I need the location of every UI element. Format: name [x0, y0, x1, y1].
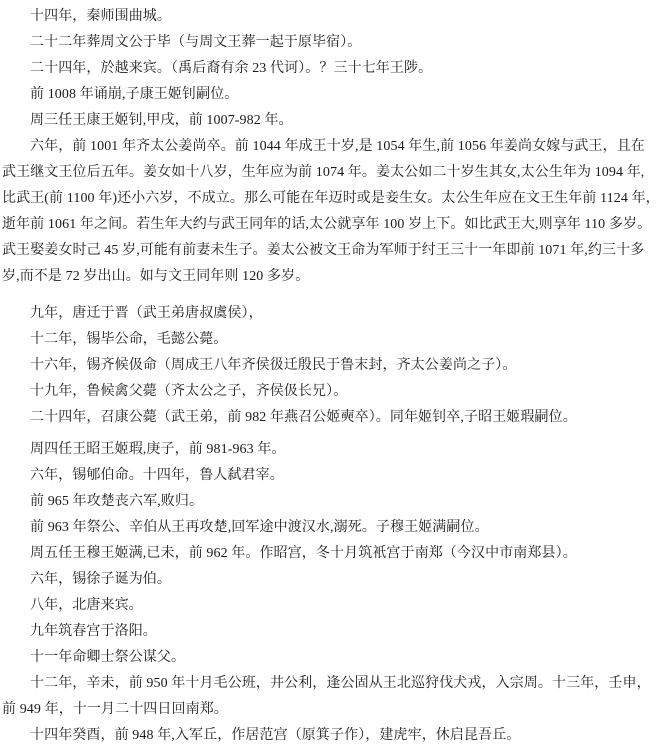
- paragraph: 六年，锡徐子诞为伯。: [2, 567, 642, 593]
- text-line: 二十四年，於越来宾。（禹后裔有余 23 代诃）。？三十七年王陟。: [2, 56, 642, 82]
- text-line: 十二年，锡毕公命，毛懿公薨。: [2, 327, 642, 353]
- text-line: 武王娶姜女时己 45 岁,可能有前妻未生子。姜太公被文王命为军师于纣王三十一年即…: [2, 238, 642, 264]
- text-line: 周四任王昭王姬瑕,庚子，前 981-963 年。: [2, 437, 642, 463]
- text-line: 六年，锡徐子诞为伯。: [2, 567, 642, 593]
- text-line: 二十二年葬周文公于毕（与周文王葬一起于原毕宿）。: [2, 30, 642, 56]
- text-line: 前 965 年攻楚丧六军,败归。: [2, 489, 642, 515]
- paragraph: 六年，前 1001 年齐太公姜尚卒。前 1044 年成王十岁,是 1054 年生…: [2, 134, 642, 290]
- text-line: 十二年，辛未，前 950 年十月毛公班，井公利，逢公固从王北巡狩伐犬戎，入宗周。…: [2, 671, 642, 697]
- text-line: 十一年命卿士祭公谋父。: [2, 645, 642, 671]
- text-line: 二十四年，召康公薨（武王弟，前 982 年燕召公姬奭卒）。同年姬钊卒,子昭王姬瑕…: [2, 405, 642, 431]
- text-line: 周五任王穆王姬满,已未，前 962 年。作昭宫，冬十月筑衹宫于南郑（今汉中市南郑…: [2, 541, 642, 567]
- text-line: 九年，唐迁于晋（武王弟唐叔虞侯），: [2, 301, 642, 327]
- paragraph: 九年筑春宫于洛阳。: [2, 619, 642, 645]
- text-line: 前 963 年祭公、辛伯从王再攻楚,回军途中渡汉水,溺死。子穆王姬满嗣位。: [2, 515, 642, 541]
- text-line: 九年筑春宫于洛阳。: [2, 619, 642, 645]
- text-line: 武王继文王位后五年。姜女如十八岁，生年应为前 1074 年。姜太公如二十岁生其女…: [2, 160, 642, 186]
- paragraph: 十四年癸酉，前 948 年,入军丘，作居范宫（原箕子作），建虎牢，休启昆吾丘。: [2, 723, 642, 746]
- text-line: 六年，锡郇伯命。十四年，鲁人弑君宰。: [2, 463, 642, 489]
- paragraph: 周五任王穆王姬满,已未，前 962 年。作昭宫，冬十月筑衹宫于南郑（今汉中市南郑…: [2, 541, 642, 567]
- text-line: 十四年癸酉，前 948 年,入军丘，作居范宫（原箕子作），建虎牢，休启昆吾丘。: [2, 723, 642, 746]
- paragraph: 十六年，锡齐候伋命（周成王八年齐侯彶迁殷民于鲁末封，齐太公姜尚之子）。: [2, 353, 642, 379]
- text-line: 逝年前 1061 年之间。若生年大约与武王同年的话,太公就享年 100 岁上下。…: [2, 212, 642, 238]
- paragraph: 二十二年葬周文公于毕（与周文王葬一起于原毕宿）。: [2, 30, 642, 56]
- paragraph: 前 965 年攻楚丧六军,败归。: [2, 489, 642, 515]
- paragraph: 十二年，锡毕公命，毛懿公薨。: [2, 327, 642, 353]
- paragraph: 十二年，辛未，前 950 年十月毛公班，井公利，逢公固从王北巡狩伐犬戎，入宗周。…: [2, 671, 642, 723]
- paragraph: 二十四年，於越来宾。（禹后裔有余 23 代诃）。？三十七年王陟。: [2, 56, 642, 82]
- text-line: 十六年，锡齐候伋命（周成王八年齐侯彶迁殷民于鲁末封，齐太公姜尚之子）。: [2, 353, 642, 379]
- paragraph: 十九年，鲁候禽父薨（齐太公之子，齐侯伋长兄）。: [2, 379, 642, 405]
- paragraph: 十一年命卿士祭公谋父。: [2, 645, 642, 671]
- paragraph: 二十四年，召康公薨（武王弟，前 982 年燕召公姬奭卒）。同年姬钊卒,子昭王姬瑕…: [2, 405, 642, 431]
- text-line: 前 1008 年诵崩,子康王姬钊嗣位。: [2, 82, 642, 108]
- text-line: 比武王(前 1100 年)还小六岁，不成立。那么可能在年迈时或是妾生女。太公生年…: [2, 186, 642, 212]
- text-line: 十九年，鲁候禽父薨（齐太公之子，齐侯伋长兄）。: [2, 379, 642, 405]
- text-line: 周三任王康王姬钊,甲戌，前 1007-982 年。: [2, 108, 642, 134]
- paragraph: 前 1008 年诵崩,子康王姬钊嗣位。: [2, 82, 642, 108]
- text-line: 前 949 年，十一月二十四日回南郑。: [2, 697, 642, 723]
- paragraph: 周四任王昭王姬瑕,庚子，前 981-963 年。: [2, 437, 642, 463]
- text-line: 八年，北唐来宾。: [2, 593, 642, 619]
- text-line: 十四年，秦师围曲城。: [2, 4, 642, 30]
- paragraph: 九年，唐迁于晋（武王弟唐叔虞侯），: [2, 301, 642, 327]
- paragraph: 周三任王康王姬钊,甲戌，前 1007-982 年。: [2, 108, 642, 134]
- document-page: 十四年，秦师围曲城。 二十二年葬周文公于毕（与周文王葬一起于原毕宿）。 二十四年…: [0, 0, 660, 746]
- paragraph: 六年，锡郇伯命。十四年，鲁人弑君宰。: [2, 463, 642, 489]
- paragraph: 八年，北唐来宾。: [2, 593, 642, 619]
- text-line: 六年，前 1001 年齐太公姜尚卒。前 1044 年成王十岁,是 1054 年生…: [2, 134, 642, 160]
- text-line: 岁,而不是 72 岁出山。如与文王同年则 120 多岁。: [2, 264, 642, 290]
- paragraph: 十四年，秦师围曲城。: [2, 4, 642, 30]
- paragraph: 前 963 年祭公、辛伯从王再攻楚,回军途中渡汉水,溺死。子穆王姬满嗣位。: [2, 515, 642, 541]
